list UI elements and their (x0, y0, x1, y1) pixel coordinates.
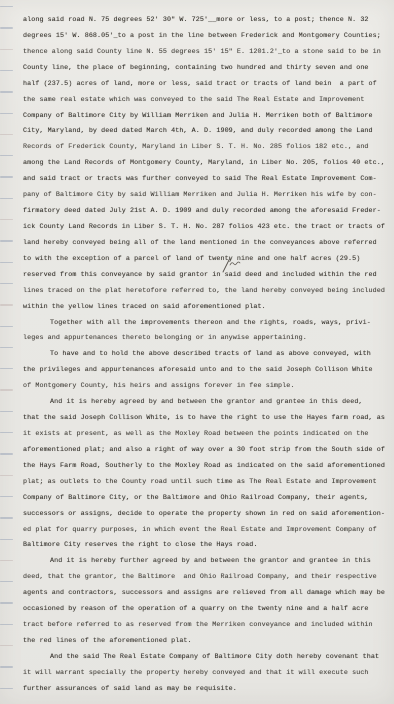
text-line: among the Land Records of Montgomery Cou… (23, 156, 387, 172)
text-line: the red lines of the aforementioned plat… (23, 634, 387, 650)
rule-mark (0, 539, 13, 540)
rule-mark (0, 155, 13, 156)
text-line: Company of Baltimore City by William Mer… (23, 109, 387, 125)
text-line: Together with all the improvements there… (23, 316, 387, 332)
deed-text: along said road N. 75 degrees 52' 30" W.… (23, 13, 387, 698)
text-line: leges and appurtenances thereto belongin… (23, 331, 387, 347)
rule-mark (0, 283, 13, 284)
rule-mark (0, 113, 13, 114)
rule-mark (0, 411, 13, 412)
text-line: along said road N. 75 degrees 52' 30" W.… (23, 13, 387, 29)
text-line: agents and contractors, successors and a… (23, 586, 387, 602)
text-line: thence along said County line N. 55 degr… (23, 45, 387, 61)
rule-mark (0, 347, 13, 348)
rule-mark (0, 517, 13, 518)
text-line: pany of Baltimore City by said William M… (23, 188, 387, 204)
rule-mark (0, 49, 13, 50)
rule-mark (0, 27, 13, 28)
text-line: To have and to hold the above described … (23, 347, 387, 363)
rule-mark (0, 581, 13, 582)
scanned-deed-page: along said road N. 75 degrees 52' 30" W.… (0, 0, 394, 704)
rule-mark (0, 602, 13, 603)
rule-mark (0, 389, 13, 390)
text-line: Baltimore City reserves the right to clo… (23, 538, 387, 554)
rule-mark (0, 176, 13, 177)
text-line: County line, the place of beginning, con… (23, 61, 387, 77)
text-line: within the yellow lines traced on said a… (23, 300, 387, 316)
rule-mark (0, 91, 13, 92)
text-line: degrees 15' W. 868.05'_to a post in the … (23, 29, 387, 45)
rule-mark (0, 262, 13, 263)
text-line: And the said The Real Estate Company of … (23, 650, 387, 666)
rule-mark (0, 134, 13, 135)
text-line: it exists at present, as well as the Mox… (23, 427, 387, 443)
rule-mark (0, 70, 13, 71)
text-line: City, Maryland, by deed dated March 4th,… (23, 124, 387, 140)
rule-mark (0, 326, 13, 327)
text-line: ed plat for quarry purposes, in which ev… (23, 523, 387, 539)
rule-mark (0, 240, 13, 241)
text-line: that the said Joseph Collison White, is … (23, 411, 387, 427)
text-line: the privileges and appurtenances aforesa… (23, 363, 387, 379)
rule-mark (0, 219, 13, 220)
rule-mark (0, 560, 13, 561)
rule-mark (0, 198, 13, 199)
rule-mark (0, 432, 13, 433)
text-line: And it is hereby further agreed by and b… (23, 554, 387, 570)
text-line: firmatory deed dated July 21st A. D. 190… (23, 204, 387, 220)
text-line: deed, that the grantor, the Baltimore an… (23, 570, 387, 586)
rule-mark (0, 368, 13, 369)
text-line: plat; as outlets to the County road unti… (23, 475, 387, 491)
rule-mark (0, 304, 13, 305)
text-line: the Hays Farm Road, Southerly to the Mox… (23, 459, 387, 475)
text-line: successors or assigns, decide to operate… (23, 507, 387, 523)
text-line: lines traced on the plat heretofore refe… (23, 284, 387, 300)
rule-mark (0, 6, 13, 7)
text-line: Records of Frederick County, Maryland in… (23, 140, 387, 156)
text-line: occasioned by reason of the operation of… (23, 602, 387, 618)
text-line: tract before referred to as reserved fro… (23, 618, 387, 634)
text-line: land hereby conveyed being all of the la… (23, 236, 387, 252)
rule-mark (0, 666, 13, 667)
rule-mark (0, 688, 13, 689)
text-line: and said tract or tracts was further con… (23, 172, 387, 188)
rule-mark (0, 645, 13, 646)
text-line: of Montgomery County, his heirs and assi… (23, 379, 387, 395)
rule-mark (0, 496, 13, 497)
text-line: And it is hereby agreed by and between t… (23, 395, 387, 411)
text-line: reserved from this conveyance by said gr… (23, 268, 387, 284)
text-line: half (237.5) acres of land, more or less… (23, 77, 387, 93)
text-line: aforementioned plat; and also a right of… (23, 443, 387, 459)
text-line: ick County Land Records in Liber S. T. H… (23, 220, 387, 236)
text-line: further assurances of said land as may b… (23, 682, 387, 698)
text-line: Company of Baltimore City, or the Baltim… (23, 491, 387, 507)
text-line: it will warrant specially the property h… (23, 666, 387, 682)
rule-mark (0, 453, 13, 454)
rule-mark (0, 475, 13, 476)
rule-mark (0, 624, 13, 625)
text-line: the same real estate which was conveyed … (23, 93, 387, 109)
text-line: to with the exception of a parcel of lan… (23, 252, 387, 268)
